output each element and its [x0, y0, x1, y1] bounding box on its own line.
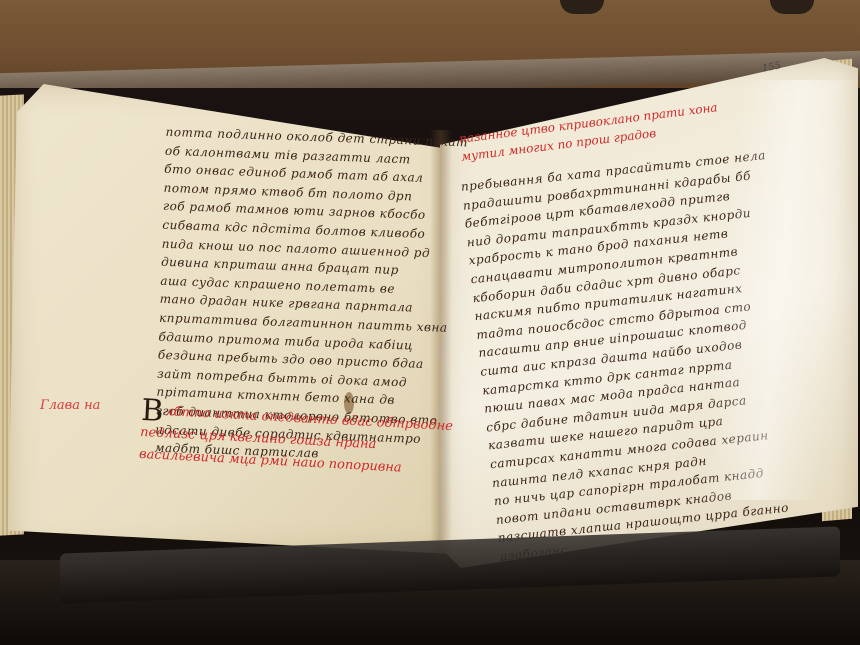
margin-note: Глава на	[40, 398, 100, 413]
